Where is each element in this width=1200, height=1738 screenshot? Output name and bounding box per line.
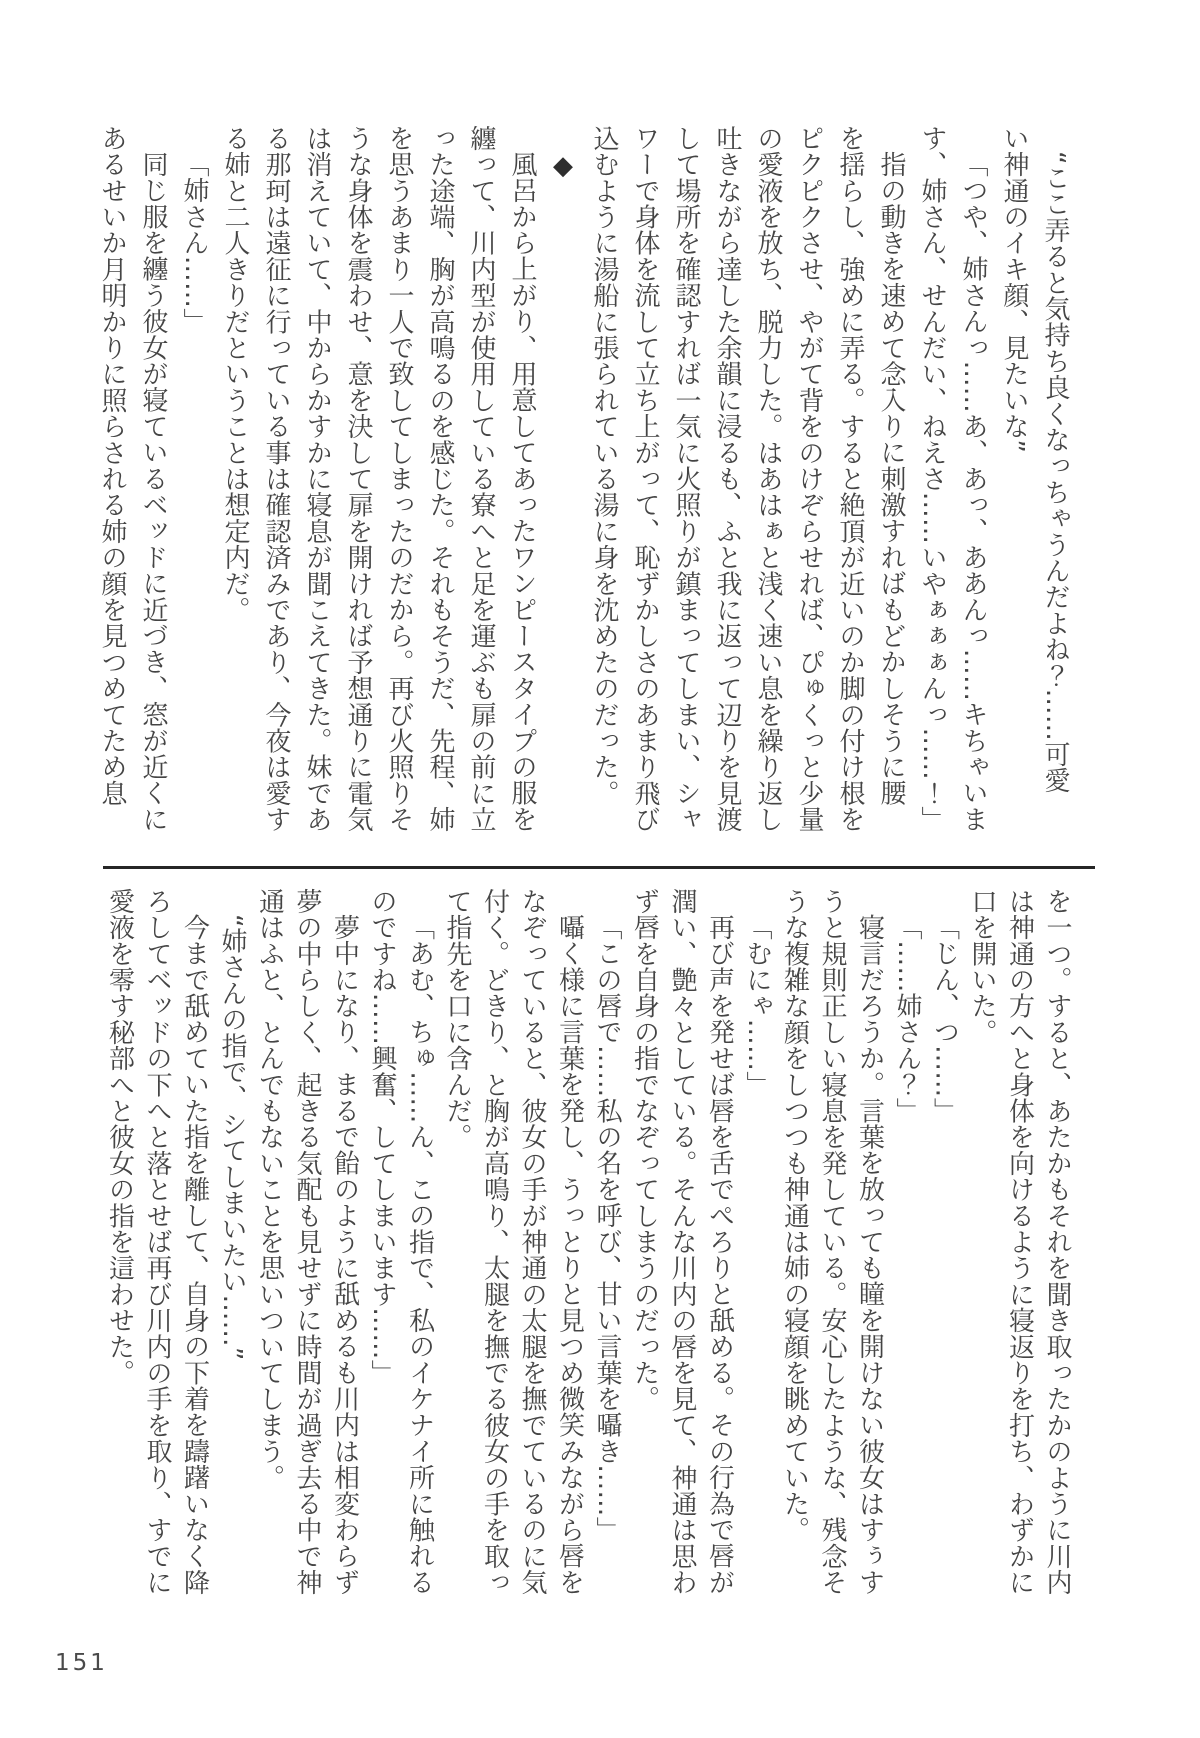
text-column: 「むにゃ……」 bbox=[738, 888, 776, 1600]
text-column: ピクピクさせ、やがて背をのけぞらせれば、ぴゅくっと少量 bbox=[788, 125, 829, 837]
text-column: ワーで身体を流して立ち上がって、恥ずかしさのあまり飛び bbox=[624, 125, 665, 837]
text-column: る姉と二人きりだということは想定内だ。 bbox=[214, 125, 255, 837]
text-column: 風呂から上がり、用意してあったワンピースタイプの服を bbox=[501, 125, 542, 837]
text-column: 纏って、川内型が使用している寮へと足を運ぶも扉の前に立 bbox=[460, 125, 501, 837]
text-column: を思うあまり一人で致してしまったのだから。再び火照りそ bbox=[378, 125, 419, 837]
text-column: 再び声を発せば唇を舌でぺろりと舐める。その行為で唇が bbox=[700, 888, 738, 1600]
text-column: あるせいか月明かりに照らされる姉の顔を見つめてため息 bbox=[91, 125, 132, 837]
text-column: は消えていて、中からかすかに寝息が聞こえてきた。妹であ bbox=[296, 125, 337, 837]
text-column: の愛液を放ち、脱力した。はあはぁと浅く速い息を繰り返し bbox=[747, 125, 788, 837]
text-column: 指の動きを速めて念入りに刺激すればもどかしそうに腰 bbox=[870, 125, 911, 837]
top-text-block: “ここ弄ると気持ち良くなっちゃうんだよね？……可愛い神通のイキ顔、見たいな”「つ… bbox=[91, 125, 1075, 837]
bottom-text-block: を一つ。すると、あたかもそれを聞き取ったかのように川内は神通の方へと身体を向ける… bbox=[100, 888, 1075, 1600]
text-column: す、姉さん、せんだい、ねえさ……いやぁぁぁんっ……！」 bbox=[911, 125, 952, 837]
text-column: 愛液を零す秘部へと彼女の指を這わせた。 bbox=[100, 888, 138, 1600]
text-column: 夢中になり、まるで飴のように舐めるも川内は相変わらず bbox=[325, 888, 363, 1600]
text-column: を揺らし、強めに弄る。すると絶頂が近いのか脚の付け根を bbox=[829, 125, 870, 837]
page-number: 151 bbox=[55, 1650, 108, 1676]
text-column: 「姉さん……」 bbox=[173, 125, 214, 837]
novel-scan-page: “ここ弄ると気持ち良くなっちゃうんだよね？……可愛い神通のイキ顔、見たいな”「つ… bbox=[0, 0, 1200, 1738]
text-column: 「……姉さん？」 bbox=[888, 888, 926, 1600]
text-column: 口を開いた。 bbox=[963, 888, 1001, 1600]
text-column: 今まで舐めていた指を離して、自身の下着を躊躇いなく降 bbox=[175, 888, 213, 1600]
text-column: なぞっていると、彼女の手が神通の太腿を撫でているのに気 bbox=[513, 888, 551, 1600]
text-column: うと規則正しい寝息を発している。安心したような、残念そ bbox=[813, 888, 851, 1600]
text-column: ず唇を自身の指でなぞってしまうのだった。 bbox=[625, 888, 663, 1600]
text-column: のですね……興奮、してしまいます……」 bbox=[363, 888, 401, 1600]
text-column: 通はふと、とんでもないことを思いついてしまう。 bbox=[250, 888, 288, 1600]
text-column: “姉さんの指で、シてしまいたい……” bbox=[213, 888, 251, 1600]
text-column: 「つや、姉さんっ……あ、あっ、ああんっ……キちゃいま bbox=[952, 125, 993, 837]
text-column: を一つ。すると、あたかもそれを聞き取ったかのように川内 bbox=[1038, 888, 1076, 1600]
section-divider-diamond: ◆ bbox=[542, 125, 583, 837]
text-column: った途端、胸が高鳴るのを感じた。それもそうだ、先程、姉 bbox=[419, 125, 460, 837]
text-column: 「あむ、ちゅ……ん、この指で、私のイケナイ所に触れる bbox=[400, 888, 438, 1600]
text-column: 夢の中らしく、起きる気配も見せずに時間が過ぎ去る中で神 bbox=[288, 888, 326, 1600]
text-column: ろしてベッドの下へと落とせば再び川内の手を取り、すでに bbox=[138, 888, 176, 1600]
text-column: 囁く様に言葉を発し、うっとりと見つめ微笑みながら唇を bbox=[550, 888, 588, 1600]
text-column: 寝言だろうか。言葉を放っても瞳を開けない彼女はすぅす bbox=[850, 888, 888, 1600]
text-column: うな身体を震わせ、意を決して扉を開ければ予想通りに電気 bbox=[337, 125, 378, 837]
text-column: は神通の方へと身体を向けるように寝返りを打ち、わずかに bbox=[1000, 888, 1038, 1600]
text-column: 付く。どきり、と胸が高鳴り、太腿を撫でる彼女の手を取っ bbox=[475, 888, 513, 1600]
text-column: 吐きながら達した余韻に浸るも、ふと我に返って辺りを見渡 bbox=[706, 125, 747, 837]
text-column: “ここ弄ると気持ち良くなっちゃうんだよね？……可愛 bbox=[1034, 125, 1075, 837]
text-column: る那珂は遠征に行っている事は確認済みであり、今夜は愛す bbox=[255, 125, 296, 837]
text-column: 「じん、つ……」 bbox=[925, 888, 963, 1600]
text-column: して場所を確認すれば一気に火照りが鎮まってしまい、シャ bbox=[665, 125, 706, 837]
text-column: 込むように湯船に張られている湯に身を沈めたのだった。 bbox=[583, 125, 624, 837]
text-column: て指先を口に含んだ。 bbox=[438, 888, 476, 1600]
text-column: うな複雑な顔をしつつも神通は姉の寝顔を眺めていた。 bbox=[775, 888, 813, 1600]
text-column: 「この唇で……私の名を呼び、甘い言葉を囁き……」 bbox=[588, 888, 626, 1600]
text-column: 潤い、艶々としている。そんな川内の唇を見て、神通は思わ bbox=[663, 888, 701, 1600]
text-column: い神通のイキ顔、見たいな” bbox=[993, 125, 1034, 837]
block-divider-line bbox=[103, 866, 1095, 869]
text-column: 同じ服を纏う彼女が寝ているベッドに近づき、窓が近くに bbox=[132, 125, 173, 837]
